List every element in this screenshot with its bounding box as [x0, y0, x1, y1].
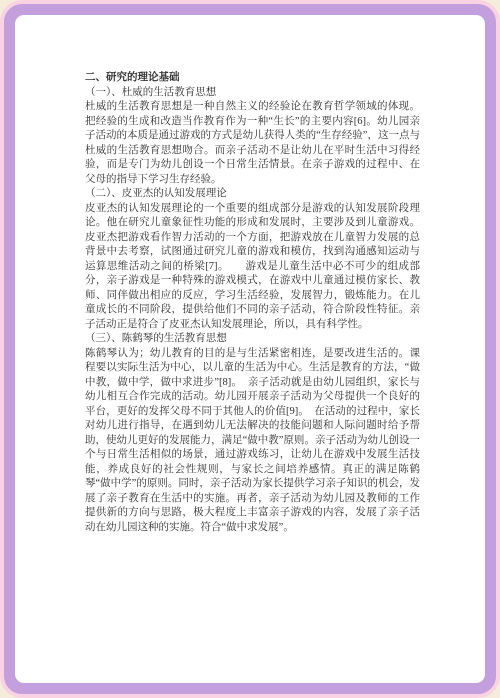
- section-title: 二、研究的理论基础: [85, 71, 420, 86]
- document-content: 二、研究的理论基础 （一）、杜威的生活教育思想 杜威的生活教育思想是一种自然主义…: [85, 71, 420, 663]
- subsection-2-heading: （二）、皮亚杰的认知发展理论: [85, 187, 420, 202]
- screenshot-canvas: 二、研究的理论基础 （一）、杜威的生活教育思想 杜威的生活教育思想是一种自然主义…: [0, 0, 500, 698]
- subsection-3-body: 陈鹤琴认为；幼儿教育的目的是与生活紧密相连，是要改进生活的。课程要以实际生活为中…: [85, 347, 420, 536]
- purple-frame: 二、研究的理论基础 （一）、杜威的生活教育思想 杜威的生活教育思想是一种自然主义…: [3, 3, 497, 695]
- subsection-1-body: 杜威的生活教育思想是一种自然主义的经验论在教育哲学领域的体现。把经验的生成和改造…: [85, 100, 420, 187]
- document-page: 二、研究的理论基础 （一）、杜威的生活教育思想 杜威的生活教育思想是一种自然主义…: [15, 15, 485, 683]
- subsection-1-heading: （一）、杜威的生活教育思想: [85, 86, 420, 101]
- subsection-2-body: 皮亚杰的认知发展理论的一个重要的组成部分是游戏的认知发展阶段理论。他在研究儿童象…: [85, 202, 420, 333]
- subsection-3-heading: （三）、陈鹤琴的生活教育思想: [85, 332, 420, 347]
